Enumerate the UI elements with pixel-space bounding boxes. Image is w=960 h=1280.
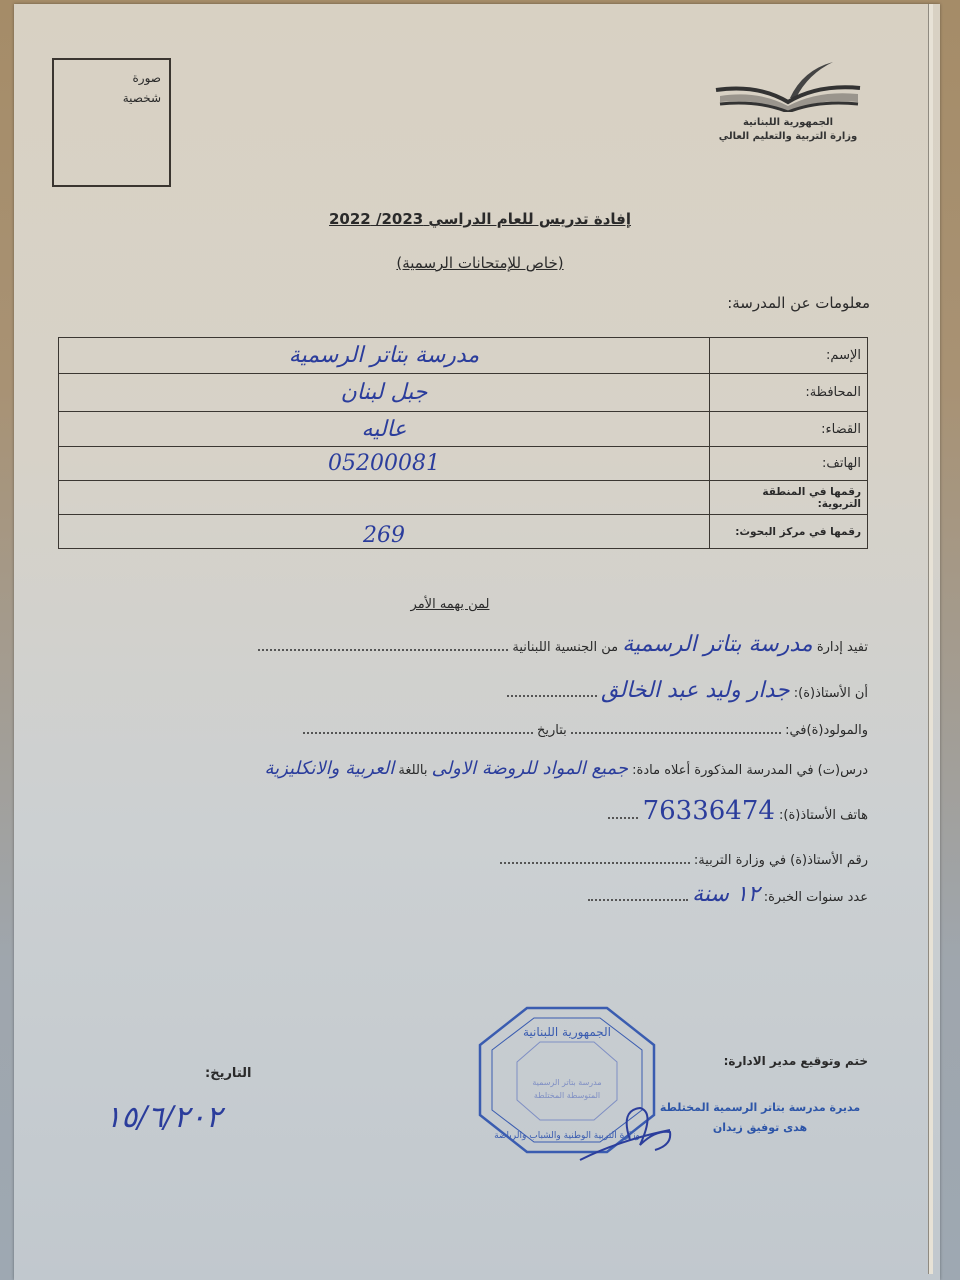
line6-prefix: رقم الأستاذ(ة) في وزارة التربية: — [694, 853, 868, 868]
language-value: العربية والانكليزية — [264, 758, 394, 779]
label-name: الإسم: — [710, 338, 868, 374]
line1-suffix: من الجنسية اللبنانية — [512, 640, 618, 655]
photo-label-line1: صورة — [123, 68, 161, 88]
line7-prefix: عدد سنوات الخبرة: — [764, 890, 868, 905]
signature-scribble-icon — [560, 1090, 690, 1170]
value-name: مدرسة بتاتر الرسمية — [59, 338, 710, 374]
dotted-line — [588, 889, 688, 901]
value-edu-region-number — [59, 481, 710, 515]
table-row-district: القضاء: عاليه — [59, 412, 868, 447]
svg-text:مدرسة بتاتر الرسمية: مدرسة بتاتر الرسمية — [532, 1078, 601, 1087]
line3-date-label: بتاريخ — [537, 723, 567, 738]
value-research-center-number: 269 — [59, 515, 710, 549]
school-info-table: الإسم: مدرسة بتاتر الرسمية المحافظة: جبل… — [58, 337, 868, 549]
dotted-line — [608, 807, 638, 819]
logo-line-ministry: وزارة التربية والتعليم العالي — [708, 130, 868, 144]
certificate-line-birth: والمولود(ة)في: بتاريخ — [303, 722, 868, 738]
certificate-line-ministry-number: رقم الأستاذ(ة) في وزارة التربية: — [500, 852, 868, 868]
certificate-line-teacher-phone: هاتف الأستاذ(ة): 76336474 — [608, 796, 868, 826]
ministry-number-dotted-field — [500, 852, 690, 864]
table-row-phone: الهاتف: 05200081 — [59, 447, 868, 481]
date-label: التاريخ: — [205, 1066, 251, 1081]
experience-years-value: ١٢ سنة — [692, 882, 760, 907]
dotted-line — [258, 639, 508, 651]
svg-text:الجمهورية اللبنانية: الجمهورية اللبنانية — [523, 1025, 611, 1040]
photo-placeholder-box: صورة شخصية — [52, 58, 171, 187]
signature-label: ختم وتوقيع مدير الادارة: — [724, 1054, 868, 1068]
subject-value: جميع المواد للروضة الاولى — [432, 758, 628, 779]
label-phone: الهاتف: — [710, 447, 868, 481]
photo-label-line2: شخصية — [123, 88, 161, 108]
label-edu-region-number: رقمها في المنطقة التربوية: — [710, 481, 868, 515]
open-book-quill-icon — [708, 60, 868, 112]
line1-school-value: مدرسة بتاتر الرسمية — [622, 632, 812, 657]
document-subtitle: (خاص للإمتحانات الرسمية) — [280, 254, 680, 272]
ministry-logo: الجمهورية اللبنانية وزارة التربية والتعل… — [708, 60, 868, 150]
birthdate-dotted-field — [303, 722, 533, 734]
teacher-phone-value: 76336474 — [643, 796, 775, 826]
logo-line-republic: الجمهورية اللبنانية — [708, 116, 868, 130]
table-row-research-center-number: رقمها في مركز البحوث: 269 — [59, 515, 868, 549]
certificate-heading: لمن يهمه الأمر — [380, 597, 520, 612]
line1-prefix: تفيد إدارة — [817, 640, 868, 655]
line3-prefix: والمولود(ة)في: — [785, 723, 868, 738]
page-edge — [928, 4, 933, 1274]
value-district: عاليه — [59, 412, 710, 447]
photo-label: صورة شخصية — [123, 68, 161, 108]
line4-prefix: درس(ت) في المدرسة المذكورة أعلاه مادة: — [632, 763, 868, 778]
document-title: إفادة تدريس للعام الدراسي 2023/ 2022 — [280, 210, 680, 228]
table-row-edu-region-number: رقمها في المنطقة التربوية: — [59, 481, 868, 515]
dotted-line — [507, 685, 597, 697]
line4-language-label: باللغة — [398, 763, 427, 778]
label-research-center-number: رقمها في مركز البحوث: — [710, 515, 868, 549]
table-row-governorate: المحافظة: جبل لبنان — [59, 374, 868, 412]
school-info-label: معلومات عن المدرسة: — [727, 294, 870, 312]
certificate-line-teacher: أن الأستاذ(ة): جدار وليد عبد الخالق — [507, 678, 868, 703]
birthplace-dotted-field — [571, 722, 781, 734]
certificate-line-subject: درس(ت) في المدرسة المذكورة أعلاه مادة: ج… — [264, 758, 868, 779]
date-value: ١٥/٦/٢٠٢ — [105, 1100, 222, 1135]
value-phone: 05200081 — [59, 447, 710, 481]
certificate-line-administration: تفيد إدارة مدرسة بتاتر الرسمية من الجنسي… — [258, 632, 868, 657]
label-governorate: المحافظة: — [710, 374, 868, 412]
certificate-line-experience: عدد سنوات الخبرة: ١٢ سنة — [588, 882, 868, 907]
line5-prefix: هاتف الأستاذ(ة): — [779, 808, 868, 823]
value-governorate: جبل لبنان — [59, 374, 710, 412]
table-row-name: الإسم: مدرسة بتاتر الرسمية — [59, 338, 868, 374]
line2-prefix: أن الأستاذ(ة): — [794, 686, 868, 701]
label-district: القضاء: — [710, 412, 868, 447]
teacher-name-value: جدار وليد عبد الخالق — [601, 678, 789, 703]
